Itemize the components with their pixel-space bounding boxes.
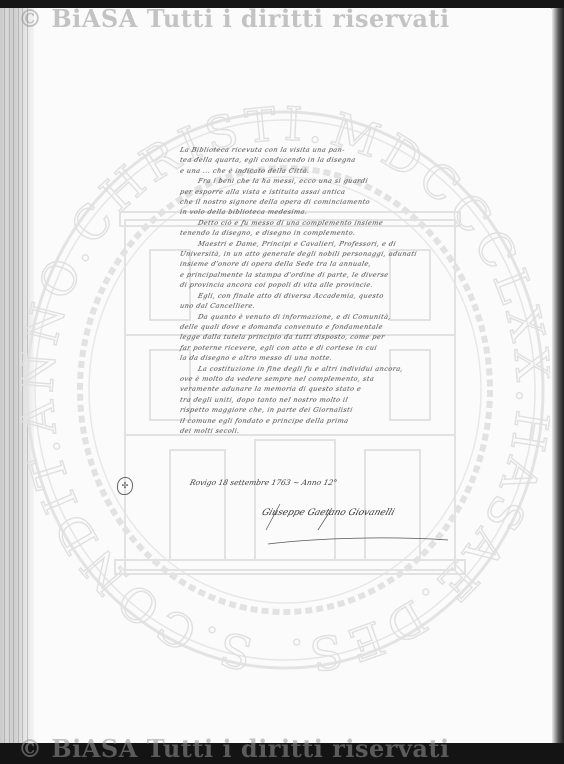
manuscript-line: La Biblioteca ricevuta con la visita una… bbox=[179, 145, 443, 155]
manuscript-line: insieme d'onore di opera della Sede tra … bbox=[179, 259, 443, 269]
copyright-watermark-top: © BiASA Tutti i diritti riservati bbox=[18, 4, 450, 33]
manuscript-text: La Biblioteca ricevuta con la visita una… bbox=[180, 145, 442, 436]
manuscript-line: Egli, con finale atto di diversa Accadem… bbox=[179, 291, 443, 301]
manuscript-line: uno dal Cancelliere. bbox=[179, 301, 443, 311]
manuscript-line: in volo della biblioteca medesima. bbox=[179, 207, 443, 217]
manuscript-line: Università, in un atto generale degli no… bbox=[179, 249, 443, 259]
manuscript-line: ove è molto da vedere sempre nel complem… bbox=[179, 374, 443, 384]
page-right-edge-shadow bbox=[552, 8, 564, 746]
manuscript-line: delle quali dove e domanda convenuto e f… bbox=[179, 322, 443, 332]
manuscript-line: Maestri e Dame, Principi e Cavalieri, Pr… bbox=[179, 239, 443, 249]
manuscript-line: rispetto maggiore che, in parte dei Gior… bbox=[179, 405, 443, 415]
manuscript-line: La costituzione in fine degli fu e altri… bbox=[179, 364, 443, 374]
manuscript-line: dei molti secoli. bbox=[179, 426, 443, 436]
manuscript-line: Fra i beni che la ha messi, ecco una si … bbox=[179, 176, 443, 186]
manuscript-line: di provincia ancora coi popoli di vita a… bbox=[179, 280, 443, 290]
manuscript-line: tra degli uniti, dopo tanto nel nostro m… bbox=[179, 395, 443, 405]
manuscript-line: legge dalla tutela principio da tutti di… bbox=[179, 332, 443, 342]
manuscript-line: e una ... che è indicato della Città. bbox=[179, 166, 443, 176]
manuscript-line: la da disegno e altro messo di una notte… bbox=[179, 353, 443, 363]
manuscript-line: il comune egli fondato e principe della … bbox=[179, 416, 443, 426]
manuscript-line: far poterne ricevere, egli con atto e di… bbox=[179, 343, 443, 353]
manuscript-line: Detto ciò e fu messo di una complemento … bbox=[179, 218, 443, 228]
manuscript-line: veramente adunare la memoria di questo s… bbox=[179, 384, 443, 394]
library-stamp-icon: ✣ bbox=[117, 477, 133, 495]
manuscript-signature: Giuseppe Gaetano Giovanelli bbox=[260, 508, 443, 518]
manuscript-line: Da quanto è venuto di informazione, e di… bbox=[179, 312, 443, 322]
manuscript-line: per esporre alla vista e istituita assai… bbox=[179, 187, 443, 197]
manuscript-line: che il nostro signore della opera di com… bbox=[179, 197, 443, 207]
copyright-watermark-bottom: © BiASA Tutti i diritti riservati bbox=[18, 734, 450, 763]
manuscript-line: tenendo la disegno, e disegno in complem… bbox=[179, 228, 443, 238]
manuscript-dateline: Rovigo 18 settembre 1763 ~ Anno 12° bbox=[189, 478, 421, 487]
manuscript-line: tea della quarta, egli conducendo in la … bbox=[179, 155, 443, 165]
manuscript-line: e principalmente la stampa d'ordine di p… bbox=[179, 270, 443, 280]
